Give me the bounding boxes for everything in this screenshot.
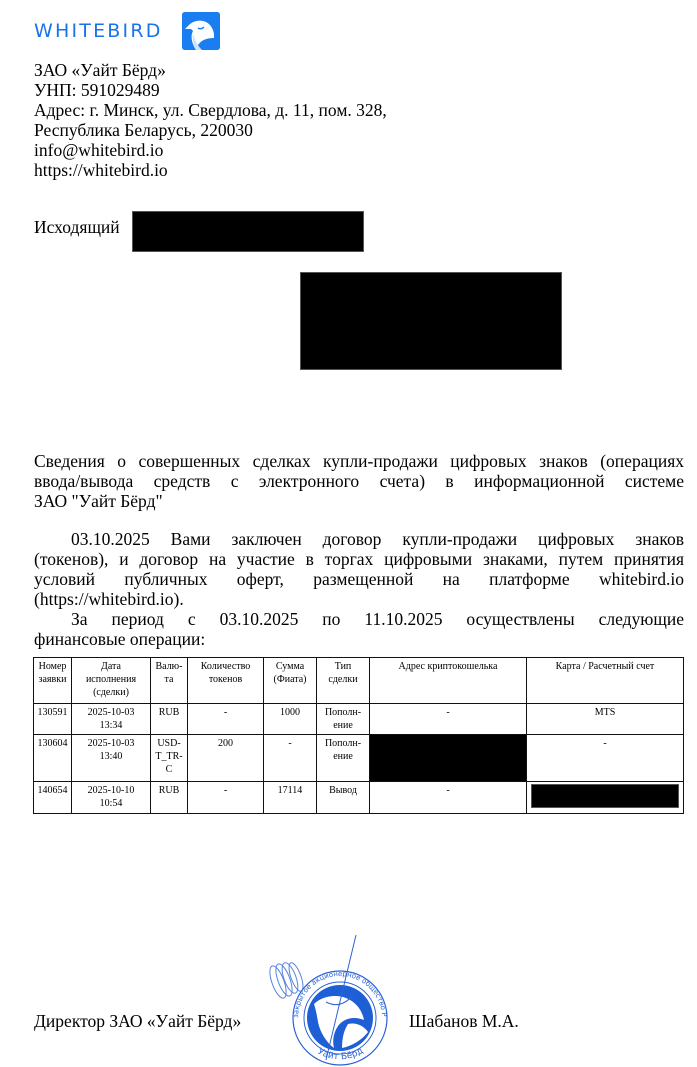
company-logo: WHITEBIRD: [34, 12, 163, 50]
cell-date: 2025-10-1010:54: [72, 782, 151, 814]
cell-currency: USD-T_TR-C: [151, 735, 188, 782]
body-line: условий публичных оферт, размещенной на …: [34, 569, 684, 589]
column-header: Датаисполнения(сделки): [72, 658, 151, 704]
outgoing-number-redaction: [132, 211, 364, 252]
column-header: Количествотокенов: [188, 658, 264, 704]
cell-card: -: [527, 735, 684, 782]
document-heading: Сведения о совершенных сделках купли-про…: [34, 451, 684, 511]
cell-currency: RUB: [151, 782, 188, 814]
cell-tokens: -: [188, 704, 264, 735]
table-header-row: Номерзаявки Датаисполнения(сделки) Валю-…: [34, 658, 684, 704]
cell-order-id: 130604: [34, 735, 72, 782]
cell-date: 2025-10-0313:40: [72, 735, 151, 782]
cell-type: Пополн-ение: [317, 704, 370, 735]
cell-wallet-redacted: [370, 735, 527, 782]
heading-line: Сведения о совершенных сделках купли-про…: [34, 451, 684, 471]
company-details: ЗАО «Уайт Бёрд» УНП: 591029489 Адрес: г.…: [34, 60, 387, 180]
company-stamp-icon: закрытое акционерное общество Республика…: [256, 930, 406, 1067]
table-row: 140654 2025-10-1010:54 RUB - 17114 Вывод…: [34, 782, 684, 814]
body-line: (https://whitebird.io).: [34, 589, 684, 609]
cell-card: MTS: [527, 704, 684, 735]
company-email: info@whitebird.io: [34, 140, 387, 160]
cell-order-id: 140654: [34, 782, 72, 814]
cell-date: 2025-10-0313:34: [72, 704, 151, 735]
outgoing-label: Исходящий: [34, 217, 120, 238]
cell-wallet: -: [370, 782, 527, 814]
table-row: 130591 2025-10-0313:34 RUB - 1000 Пополн…: [34, 704, 684, 735]
body-line: За период с 03.10.2025 по 11.10.2025 осу…: [34, 609, 684, 629]
column-header: Типсделки: [317, 658, 370, 704]
cell-amount: 17114: [264, 782, 317, 814]
cell-card-redacted: [527, 782, 684, 814]
operations-table: Номерзаявки Датаисполнения(сделки) Валю-…: [33, 657, 684, 814]
column-header: Сумма(Фиата): [264, 658, 317, 704]
company-name: ЗАО «Уайт Бёрд»: [34, 60, 387, 80]
heading-line: ввода/вывода средств с электронного счет…: [34, 471, 684, 491]
director-title: Директор ЗАО «Уайт Бёрд»: [34, 1011, 241, 1032]
body-line: (токенов), и договор на участие в торгах…: [34, 549, 684, 569]
bird-logo-icon: [182, 12, 220, 50]
signatory-name: Шабанов М.А.: [409, 1011, 519, 1032]
company-address-line2: Республика Беларусь, 220030: [34, 120, 387, 140]
column-header: Карта / Расчетный счет: [527, 658, 684, 704]
cell-order-id: 130591: [34, 704, 72, 735]
table-row: 130604 2025-10-0313:40 USD-T_TR-C 200 - …: [34, 735, 684, 782]
cell-type: Вывод: [317, 782, 370, 814]
body-paragraph: 03.10.2025 Вами заключен договор купли-п…: [34, 529, 684, 649]
company-unp: УНП: 591029489: [34, 80, 387, 100]
company-address-line1: Адрес: г. Минск, ул. Свердлова, д. 11, п…: [34, 100, 387, 120]
body-line: финансовые операции:: [34, 629, 684, 649]
cell-amount: 1000: [264, 704, 317, 735]
cell-type: Пополн-ение: [317, 735, 370, 782]
cell-amount: -: [264, 735, 317, 782]
heading-line: ЗАО "Уайт Бёрд": [34, 491, 684, 511]
column-header: Номерзаявки: [34, 658, 72, 704]
column-header: Адрес криптокошелька: [370, 658, 527, 704]
cell-tokens: 200: [188, 735, 264, 782]
company-website: https://whitebird.io: [34, 160, 387, 180]
cell-wallet: -: [370, 704, 527, 735]
recipient-redaction: [300, 272, 562, 370]
logo-wordmark: WHITEBIRD: [34, 20, 163, 42]
cell-tokens: -: [188, 782, 264, 814]
cell-currency: RUB: [151, 704, 188, 735]
column-header: Валю-та: [151, 658, 188, 704]
body-line: 03.10.2025 Вами заключен договор купли-п…: [34, 529, 684, 549]
